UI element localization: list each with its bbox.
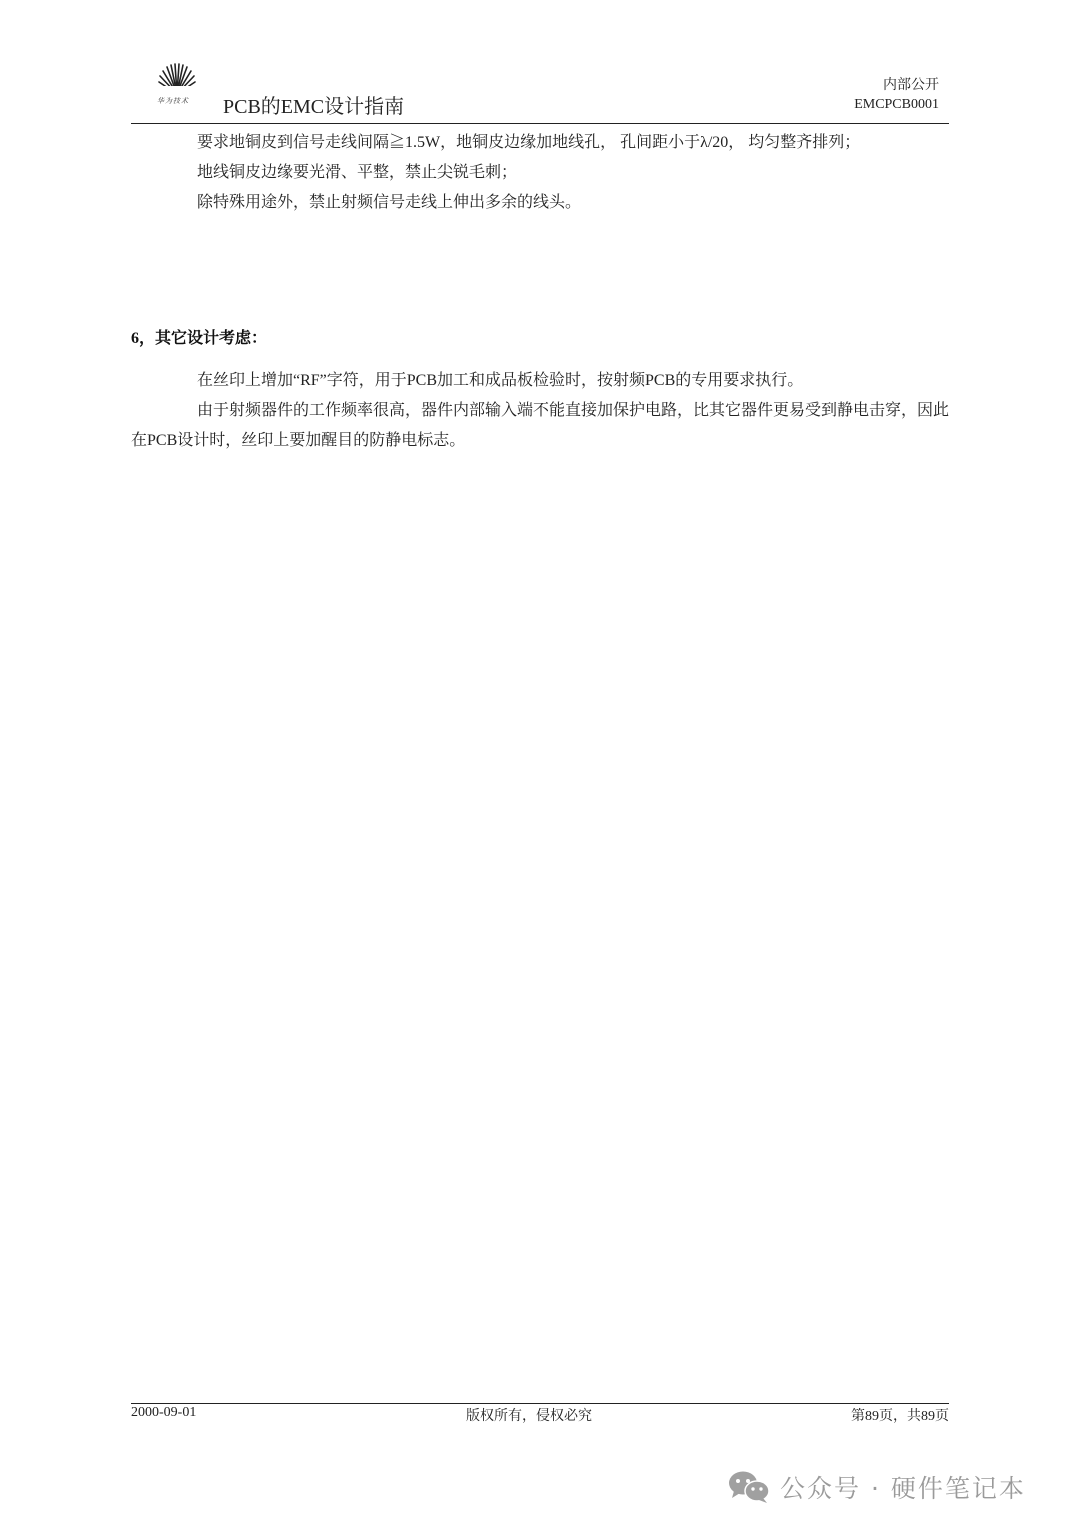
body-section: 在丝印上增加“RF”字符，用于PCB加工和成品板检验时，按射频PCB的专用要求执… — [131, 366, 949, 456]
classification-label: 内部公开 — [854, 76, 939, 95]
watermark-text: 公众号 · 硬件笔记本 — [780, 1469, 1026, 1505]
page-header: 华为技术 PCB的EMC设计指南 内部公开 EMCPCB0001 — [131, 62, 949, 124]
section-heading: 6，其它设计考虑： — [131, 325, 267, 348]
header-divider — [131, 123, 949, 124]
footer-page-info: 第89页，共89页 — [851, 1405, 949, 1425]
logo-caption: 华为技术 — [157, 96, 189, 106]
paragraph: 在丝印上增加“RF”字符，用于PCB加工和成品板检验时，按射频PCB的专用要求执… — [131, 366, 949, 396]
body-top: 要求地铜皮到信号走线间隔≧1.5W，地铜皮边缘加地线孔， 孔间距小于λ/20， … — [131, 128, 949, 218]
paragraph: 由于射频器件的工作频率很高，器件内部输入端不能直接加保护电路，比其它器件更易受到… — [131, 396, 949, 456]
footer-divider — [131, 1403, 949, 1404]
paragraph: 除特殊用途外，禁止射频信号走线上伸出多余的线头。 — [131, 188, 949, 218]
header-meta: 内部公开 EMCPCB0001 — [854, 76, 939, 114]
document-title: PCB的EMC设计指南 — [223, 90, 404, 119]
page-footer: 2000-09-01 版权所有，侵权必究 第89页，共89页 — [131, 1405, 949, 1425]
paragraph: 要求地铜皮到信号走线间隔≧1.5W，地铜皮边缘加地线孔， 孔间距小于λ/20， … — [131, 128, 949, 158]
footer-date: 2000-09-01 — [131, 1405, 196, 1421]
document-id: EMCPCB0001 — [854, 95, 939, 114]
paragraph: 地线铜皮边缘要光滑、平整，禁止尖锐毛刺； — [131, 158, 949, 188]
wechat-icon — [728, 1470, 770, 1504]
watermark: 公众号 · 硬件笔记本 — [728, 1467, 1026, 1507]
footer-copyright: 版权所有，侵权必究 — [466, 1405, 592, 1425]
